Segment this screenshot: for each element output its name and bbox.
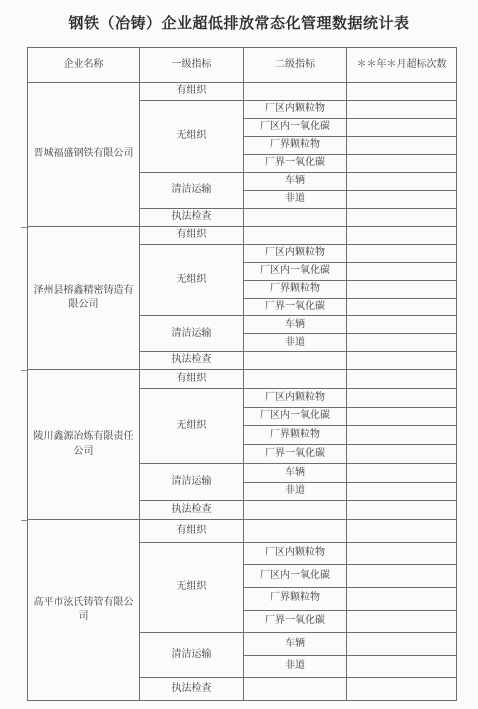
level2-indicator-cell: 厂界一氧化碳: [244, 155, 347, 173]
level2-indicator-cell: [244, 678, 347, 701]
value-cell: [347, 280, 457, 298]
level1-indicator-cell: 清洁运输: [140, 316, 244, 352]
value-cell: [347, 482, 457, 501]
value-cell: [347, 155, 457, 173]
value-cell: [347, 352, 457, 370]
level2-indicator-cell: 厂界一氧化碳: [244, 445, 347, 464]
level2-indicator-cell: 厂区内颗粒物: [244, 542, 347, 565]
level2-indicator-cell: 厂区内颗粒物: [244, 388, 347, 407]
value-cell: [347, 633, 457, 656]
table-body: 晋城福盛钢铁有限公司有组织无组织厂区内颗粒物厂区内一氧化碳厂界颗粒物厂界一氧化碳…: [28, 83, 457, 701]
value-cell: [347, 227, 457, 245]
level2-indicator-cell: 厂界颗粒物: [244, 280, 347, 298]
value-cell: [347, 101, 457, 119]
value-cell: [347, 463, 457, 482]
level1-indicator-cell: 无组织: [140, 244, 244, 316]
level2-indicator-cell: 车辆: [244, 633, 347, 656]
level1-indicator-cell: 无组织: [140, 388, 244, 463]
level2-indicator-cell: 厂界颗粒物: [244, 426, 347, 445]
value-cell: [347, 262, 457, 280]
level2-indicator-cell: 厂区内颗粒物: [244, 244, 347, 262]
scan-tick-mark: [21, 227, 27, 228]
company-name-cell: 高平市泫氏铸管有限公司: [28, 520, 140, 701]
level2-indicator-cell: 车辆: [244, 463, 347, 482]
scan-tick-mark: [21, 370, 27, 371]
company-name-cell: 晋城福盛钢铁有限公司: [28, 83, 140, 227]
stats-table: 企业名称 一级指标 二级指标 ＊＊年＊月超标次数 晋城福盛钢铁有限公司有组织无组…: [27, 47, 457, 701]
level2-indicator-cell: [244, 227, 347, 245]
document-page: 钢铁（冶铸）企业超低排放常态化管理数据统计表 企业名称 一级指标 二级指标 ＊＊…: [0, 0, 478, 709]
level2-indicator-cell: 车辆: [244, 316, 347, 334]
level1-indicator-cell: 执法检查: [140, 678, 244, 701]
level2-indicator-cell: 车辆: [244, 173, 347, 191]
value-cell: [347, 173, 457, 191]
level1-indicator-cell: 无组织: [140, 542, 244, 632]
level2-indicator-cell: 厂界颗粒物: [244, 587, 347, 610]
level2-indicator-cell: 厂区内颗粒物: [244, 101, 347, 119]
header-level2-indicator: 二级指标: [244, 48, 347, 83]
level2-indicator-cell: 非道: [244, 655, 347, 678]
level2-indicator-cell: [244, 352, 347, 370]
table-row: 泽州县榕鑫精密铸造有限公司有组织: [28, 227, 457, 245]
header-level1-indicator: 一级指标: [140, 48, 244, 83]
level2-indicator-cell: 非道: [244, 482, 347, 501]
level1-indicator-cell: 有组织: [140, 83, 244, 101]
value-cell: [347, 388, 457, 407]
header-row: 企业名称 一级指标 二级指标 ＊＊年＊月超标次数: [28, 48, 457, 83]
level1-indicator-cell: 清洁运输: [140, 463, 244, 501]
value-cell: [347, 119, 457, 137]
level1-indicator-cell: 执法检查: [140, 352, 244, 370]
value-cell: [347, 426, 457, 445]
value-cell: [347, 678, 457, 701]
value-cell: [347, 316, 457, 334]
level1-indicator-cell: 执法检查: [140, 501, 244, 520]
page-title: 钢铁（冶铸）企业超低排放常态化管理数据统计表: [0, 12, 478, 33]
level2-indicator-cell: [244, 501, 347, 520]
value-cell: [347, 298, 457, 316]
value-cell: [347, 83, 457, 101]
table-row: 陵川鑫源冶炼有限责任公司有组织: [28, 370, 457, 389]
value-cell: [347, 407, 457, 426]
scan-tick-mark: [21, 520, 27, 521]
value-cell: [347, 209, 457, 227]
value-cell: [347, 244, 457, 262]
value-cell: [347, 370, 457, 389]
level2-indicator-cell: 厂区内一氧化碳: [244, 407, 347, 426]
value-cell: [347, 655, 457, 678]
value-cell: [347, 610, 457, 633]
company-name-cell: 陵川鑫源冶炼有限责任公司: [28, 370, 140, 520]
value-cell: [347, 445, 457, 464]
level1-indicator-cell: 清洁运输: [140, 173, 244, 209]
company-name-cell: 泽州县榕鑫精密铸造有限公司: [28, 227, 140, 370]
level1-indicator-cell: 有组织: [140, 520, 244, 543]
level2-indicator-cell: [244, 83, 347, 101]
level2-indicator-cell: 厂界一氧化碳: [244, 610, 347, 633]
value-cell: [347, 565, 457, 588]
value-cell: [347, 191, 457, 209]
value-cell: [347, 542, 457, 565]
value-cell: [347, 520, 457, 543]
value-cell: [347, 587, 457, 610]
level1-indicator-cell: 有组织: [140, 370, 244, 389]
value-cell: [347, 334, 457, 352]
level1-indicator-cell: 无组织: [140, 101, 244, 173]
level2-indicator-cell: 厂区内一氧化碳: [244, 119, 347, 137]
value-cell: [347, 137, 457, 155]
level2-indicator-cell: 非道: [244, 334, 347, 352]
level1-indicator-cell: 清洁运输: [140, 633, 244, 678]
table-row: 高平市泫氏铸管有限公司有组织: [28, 520, 457, 543]
level2-indicator-cell: 厂界一氧化碳: [244, 298, 347, 316]
level2-indicator-cell: [244, 370, 347, 389]
level2-indicator-cell: [244, 520, 347, 543]
level1-indicator-cell: 执法检查: [140, 209, 244, 227]
level2-indicator-cell: 厂区内一氧化碳: [244, 565, 347, 588]
table-row: 晋城福盛钢铁有限公司有组织: [28, 83, 457, 101]
level2-indicator-cell: 非道: [244, 191, 347, 209]
level2-indicator-cell: 厂区内一氧化碳: [244, 262, 347, 280]
level2-indicator-cell: 厂界颗粒物: [244, 137, 347, 155]
header-company-name: 企业名称: [28, 48, 140, 83]
level2-indicator-cell: [244, 209, 347, 227]
value-cell: [347, 501, 457, 520]
level1-indicator-cell: 有组织: [140, 227, 244, 245]
header-exceedance-count: ＊＊年＊月超标次数: [347, 48, 457, 83]
